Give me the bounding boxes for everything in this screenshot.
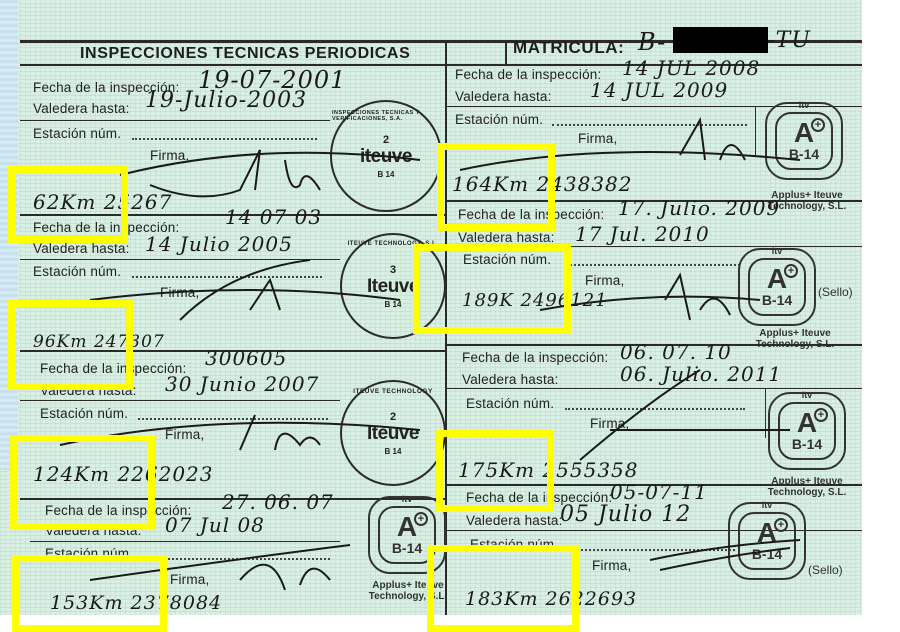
highlight-box-153km — [12, 555, 167, 632]
highlight-box-164km — [437, 143, 555, 231]
highlight-box-175km — [436, 430, 554, 512]
highlight-box-189k — [413, 244, 571, 334]
highlight-box-96km — [8, 300, 133, 390]
highlight-box-183km — [427, 545, 579, 632]
highlight-box-124km — [10, 435, 155, 530]
highlight-box-62km — [8, 166, 128, 243]
